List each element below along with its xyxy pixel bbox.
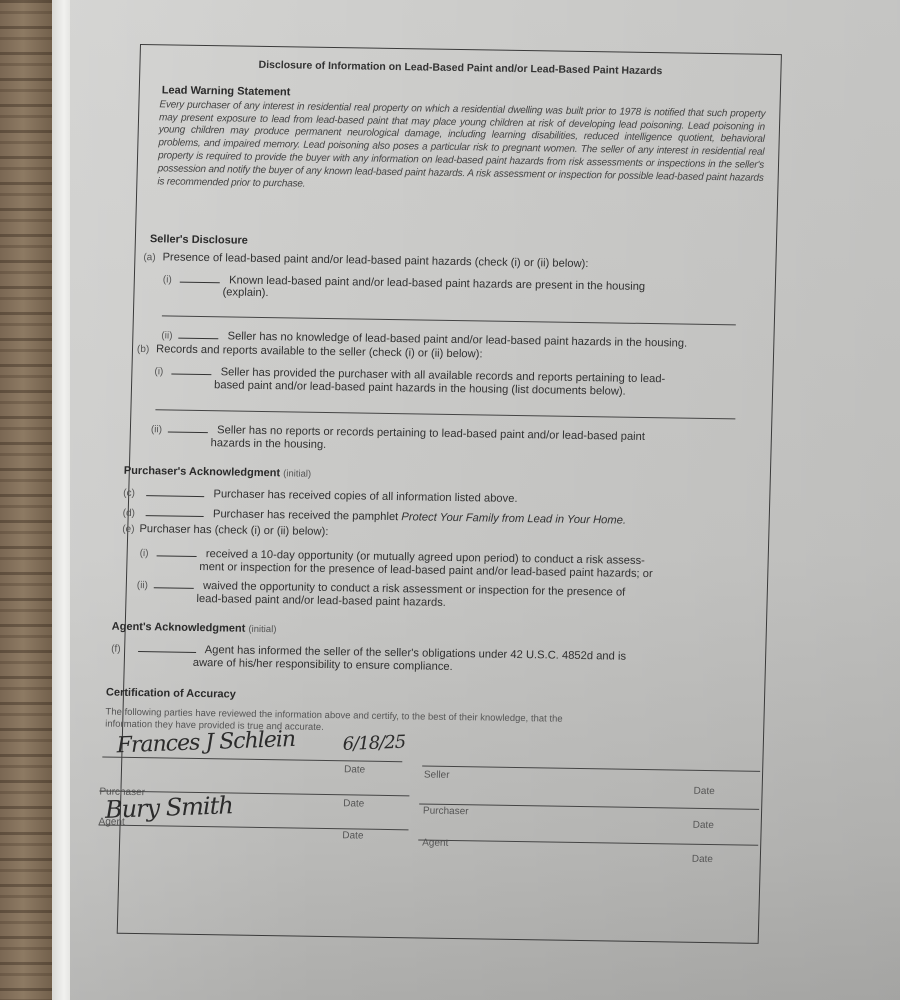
wood-table-background [0,0,58,1000]
purchaser-item-e-ii-cont: lead-based paint and/or lead-based paint… [196,593,446,610]
seller-2-signature-line[interactable] [422,766,760,772]
initial-blank-e-i[interactable] [157,545,197,557]
agent-item-f-cont: aware of his/her responsibility to ensur… [193,657,453,675]
purchaser-label-right: Purchaser [423,806,469,819]
initial-blank-e-ii[interactable] [154,577,194,589]
purchaser-ack-heading: Purchaser's Acknowledgment (initial) [124,465,312,481]
initial-blank-d[interactable] [146,505,204,517]
seller-signature[interactable]: Frances J Schlein [116,727,295,760]
documents-line[interactable] [155,409,735,419]
agent-label-right: Agent [422,838,448,850]
seller-date-label: Date [344,764,365,776]
seller-label: Seller [424,770,450,782]
lead-warning-text: Every purchaser of any interest in resid… [157,99,765,198]
initial-blank-b-ii[interactable] [168,421,208,433]
agent-ack-heading: Agent's Acknowledgment (initial) [112,621,277,637]
disclosure-form: Disclosure of Information on Lead-Based … [117,44,782,944]
agent-2-signature-line[interactable] [418,839,758,845]
seller-item-a-i-cont: (explain). [222,286,268,300]
seller-signature-line [102,756,402,762]
purchaser-item-c: (c) Purchaser has received copies of all… [123,485,518,507]
initial-blank-c[interactable] [146,485,204,497]
agent-2-date-label: Date [692,854,713,866]
certification-heading: Certification of Accuracy [106,687,236,702]
explain-line[interactable] [162,315,736,325]
agent-label-left: Agent [98,816,124,828]
agent-signature-line[interactable] [99,824,409,830]
under-page-edge [52,0,72,1000]
purchaser-2-signature-line[interactable] [419,803,759,809]
seller-item-b-ii-cont: hazards in the housing. [210,437,326,452]
seller-2-date-label: Date [693,786,714,798]
agent-date-label: Date [342,830,363,842]
seller-item-a: (a) Presence of lead-based paint and/or … [143,251,588,271]
initial-blank-b-i[interactable] [171,364,211,376]
form-title: Disclosure of Information on Lead-Based … [140,57,780,80]
purchaser-date-label: Date [343,798,364,810]
purchaser-item-e: (e) Purchaser has (check (i) or (ii) bel… [122,523,328,540]
initial-blank-a-ii[interactable] [178,328,218,340]
initial-blank-f[interactable] [138,641,196,653]
seller-signature-date[interactable]: 6/18/25 [342,732,405,756]
purchaser-2-date-label: Date [693,820,714,832]
initial-blank-a-i[interactable] [180,272,220,284]
